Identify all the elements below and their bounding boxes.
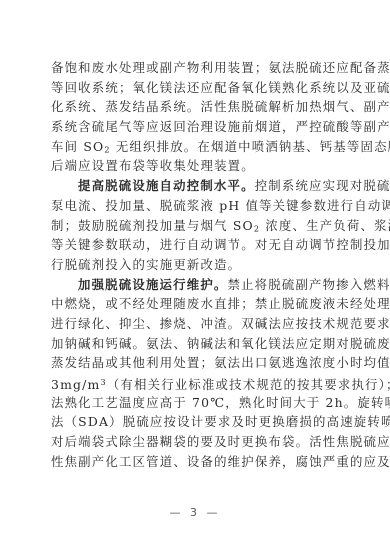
text-line: 性焦副产化工区管道、设备的维护保养，腐蚀严重的应及时更换。	[51, 452, 340, 472]
text-line: 行脱硫剂投入的实施更新改造。	[51, 255, 340, 275]
document-page: 备饱和废水处理或副产物利用装置；氨法脱硫还应配备蒸发结晶 等回收系统；氧化镁法还…	[0, 0, 390, 551]
text-line: 对后端袋式除尘器糊袋的要及时更换布袋。活性焦脱硫应加强活	[51, 432, 340, 452]
text-line: 化系统、蒸发结晶系统。活性焦脱硫解析加热烟气、副产物制备	[51, 97, 340, 117]
text-line: 系统含硫尾气等应返回治理设施前烟道，严控硫酸等副产物制备	[51, 117, 340, 137]
text-line: 泵电流、投加量、脱硫浆液 pH 值等关键参数进行自动调节与控	[51, 196, 340, 216]
body-text: 备饱和废水处理或副产物利用装置；氨法脱硫还应配备蒸发结晶 等回收系统；氧化镁法还…	[51, 58, 340, 471]
text-line: 法熟化工艺温度应高于 70℃，熟化时间大于 2h。旋转喷雾半干	[51, 393, 340, 413]
text-line: 蒸发结晶或其他利用处置；氨法出口氨逃逸浓度小时均值低于	[51, 353, 340, 373]
text-line: 制；鼓励脱硫剂投加量与烟气 SO2 浓度、生产负荷、浆液 pH 值	[51, 216, 340, 236]
text-line: 车间 SO2 无组织排放。在烟道中喷洒钠基、钙基等固态脱硫剂的，	[51, 137, 340, 157]
text-line: 中燃烧，或不经处理随废水直排；禁止脱硫废液未经处理直排或	[51, 294, 340, 314]
text-line: 等回收系统；氧化镁法还应配备氧化镁熟化系统以及亚硫酸镁氧	[51, 78, 340, 98]
text-line: 备饱和废水处理或副产物利用装置；氨法脱硫还应配备蒸发结晶	[51, 58, 340, 78]
paragraph-heading: 加强脱硫设施运行维护。	[78, 277, 228, 292]
text-line: 后端应设置布袋等收集处理装置。	[51, 156, 340, 176]
text-line: 3mg/m3（有相关行业标准或技术规范的按其要求执行）；氧化镁	[51, 373, 340, 393]
text-line: 加钠碱和钙碱。氨法、钠碱法和氧化镁法应定期对脱硫废液进行	[51, 334, 340, 354]
text-line: 等关键参数联动，进行自动调节。对无自动调节控制投加设备进	[51, 235, 340, 255]
paragraph-start: 加强脱硫设施运行维护。禁止将脱硫副产物掺入燃料、原料	[51, 275, 340, 295]
paragraph-start: 提高脱硫设施自动控制水平。控制系统应实现对脱硫剂投加	[51, 176, 340, 196]
text-line: 进行绿化、抑尘、掺烧、冲渣。双碱法应按技术规范要求定期投	[51, 314, 340, 334]
text-line: 法（SDA）脱硫应按设计要求及时更换磨损的高速旋转喷雾头，	[51, 412, 340, 432]
page-number: — 3 —	[0, 506, 390, 519]
paragraph-heading: 提高脱硫设施自动控制水平。	[78, 178, 255, 193]
